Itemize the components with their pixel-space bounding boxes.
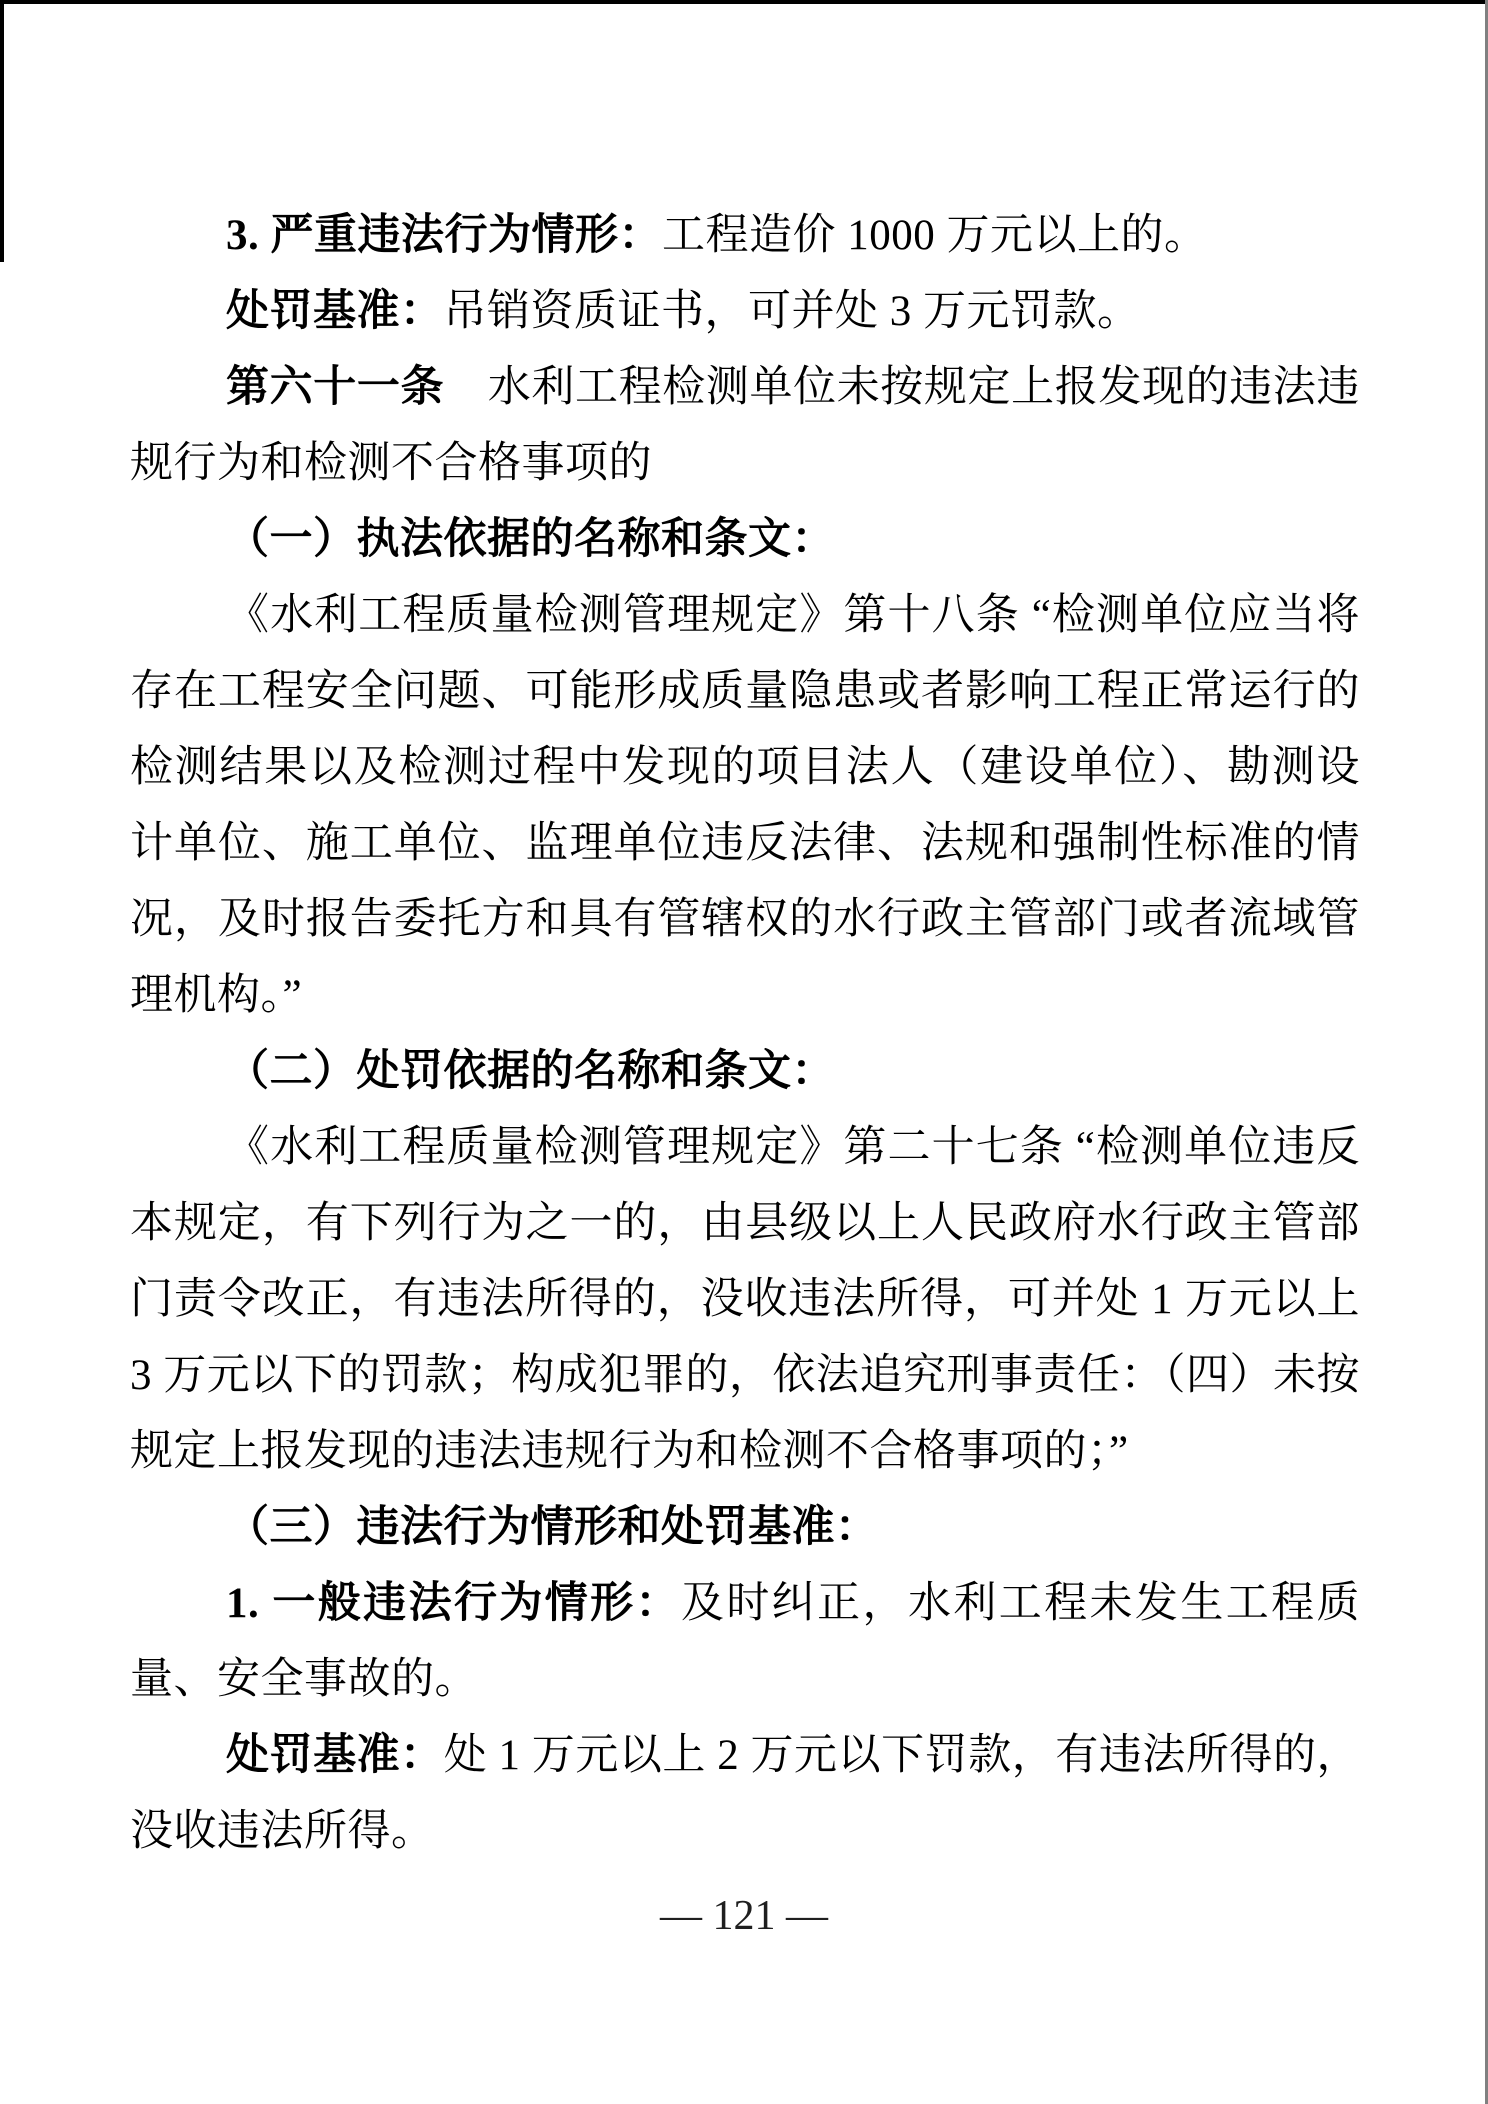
- paragraph-6: （二）处罚依据的名称和条文：: [130, 1034, 1360, 1110]
- page-number: — 121 —: [660, 1893, 828, 1939]
- paragraph-2-text: 吊销资质证书，可并处 3 万元罚款。: [444, 288, 1141, 335]
- paragraph-7-text: 《水利工程质量检测管理规定》第二十七条 “检测单位违反本规定，有下列行为之一的，…: [130, 1124, 1360, 1475]
- scan-edge-top: [0, 0, 1488, 4]
- paragraph-7: 《水利工程质量检测管理规定》第二十七条 “检测单位违反本规定，有下列行为之一的，…: [130, 1110, 1360, 1490]
- page-footer: — 121 —: [0, 1878, 1488, 1954]
- paragraph-1: 3. 严重违法行为情形：工程造价 1000 万元以上的。: [130, 198, 1360, 274]
- document-body: 3. 严重违法行为情形：工程造价 1000 万元以上的。处罚基准：吊销资质证书，…: [130, 198, 1360, 1870]
- paragraph-9-bold-lead: 1. 一般违法行为情形：: [226, 1580, 681, 1627]
- paragraph-6-bold-lead: （二）处罚依据的名称和条文：: [226, 1048, 835, 1095]
- paragraph-4: （一）执法依据的名称和条文：: [130, 502, 1360, 578]
- paragraph-8: （三）违法行为情形和处罚基准：: [130, 1490, 1360, 1566]
- paragraph-8-bold-lead: （三）违法行为情形和处罚基准：: [226, 1504, 879, 1551]
- paragraph-10: 处罚基准：处 1 万元以上 2 万元以下罚款，有违法所得的，没收违法所得。: [130, 1718, 1360, 1870]
- paragraph-4-bold-lead: （一）执法依据的名称和条文：: [226, 516, 835, 563]
- document-page: 3. 严重违法行为情形：工程造价 1000 万元以上的。处罚基准：吊销资质证书，…: [0, 0, 1488, 2104]
- paragraph-2: 处罚基准：吊销资质证书，可并处 3 万元罚款。: [130, 274, 1360, 350]
- paragraph-9: 1. 一般违法行为情形：及时纠正，水利工程未发生工程质量、安全事故的。: [130, 1566, 1360, 1718]
- paragraph-3-bold-lead: 第六十一条: [226, 364, 444, 411]
- paragraph-2-bold-lead: 处罚基准：: [226, 288, 444, 335]
- paragraph-1-bold-lead: 3. 严重违法行为情形：: [226, 212, 662, 259]
- paragraph-3: 第六十一条 水利工程检测单位未按规定上报发现的违法违规行为和检测不合格事项的: [130, 350, 1360, 502]
- paragraph-5: 《水利工程质量检测管理规定》第十八条 “检测单位应当将存在工程安全问题、可能形成…: [130, 578, 1360, 1034]
- paragraph-10-bold-lead: 处罚基准：: [226, 1732, 444, 1779]
- paragraph-1-text: 工程造价 1000 万元以上的。: [662, 212, 1208, 259]
- scan-edge-left: [0, 0, 4, 262]
- paragraph-5-text: 《水利工程质量检测管理规定》第十八条 “检测单位应当将存在工程安全问题、可能形成…: [130, 592, 1360, 1019]
